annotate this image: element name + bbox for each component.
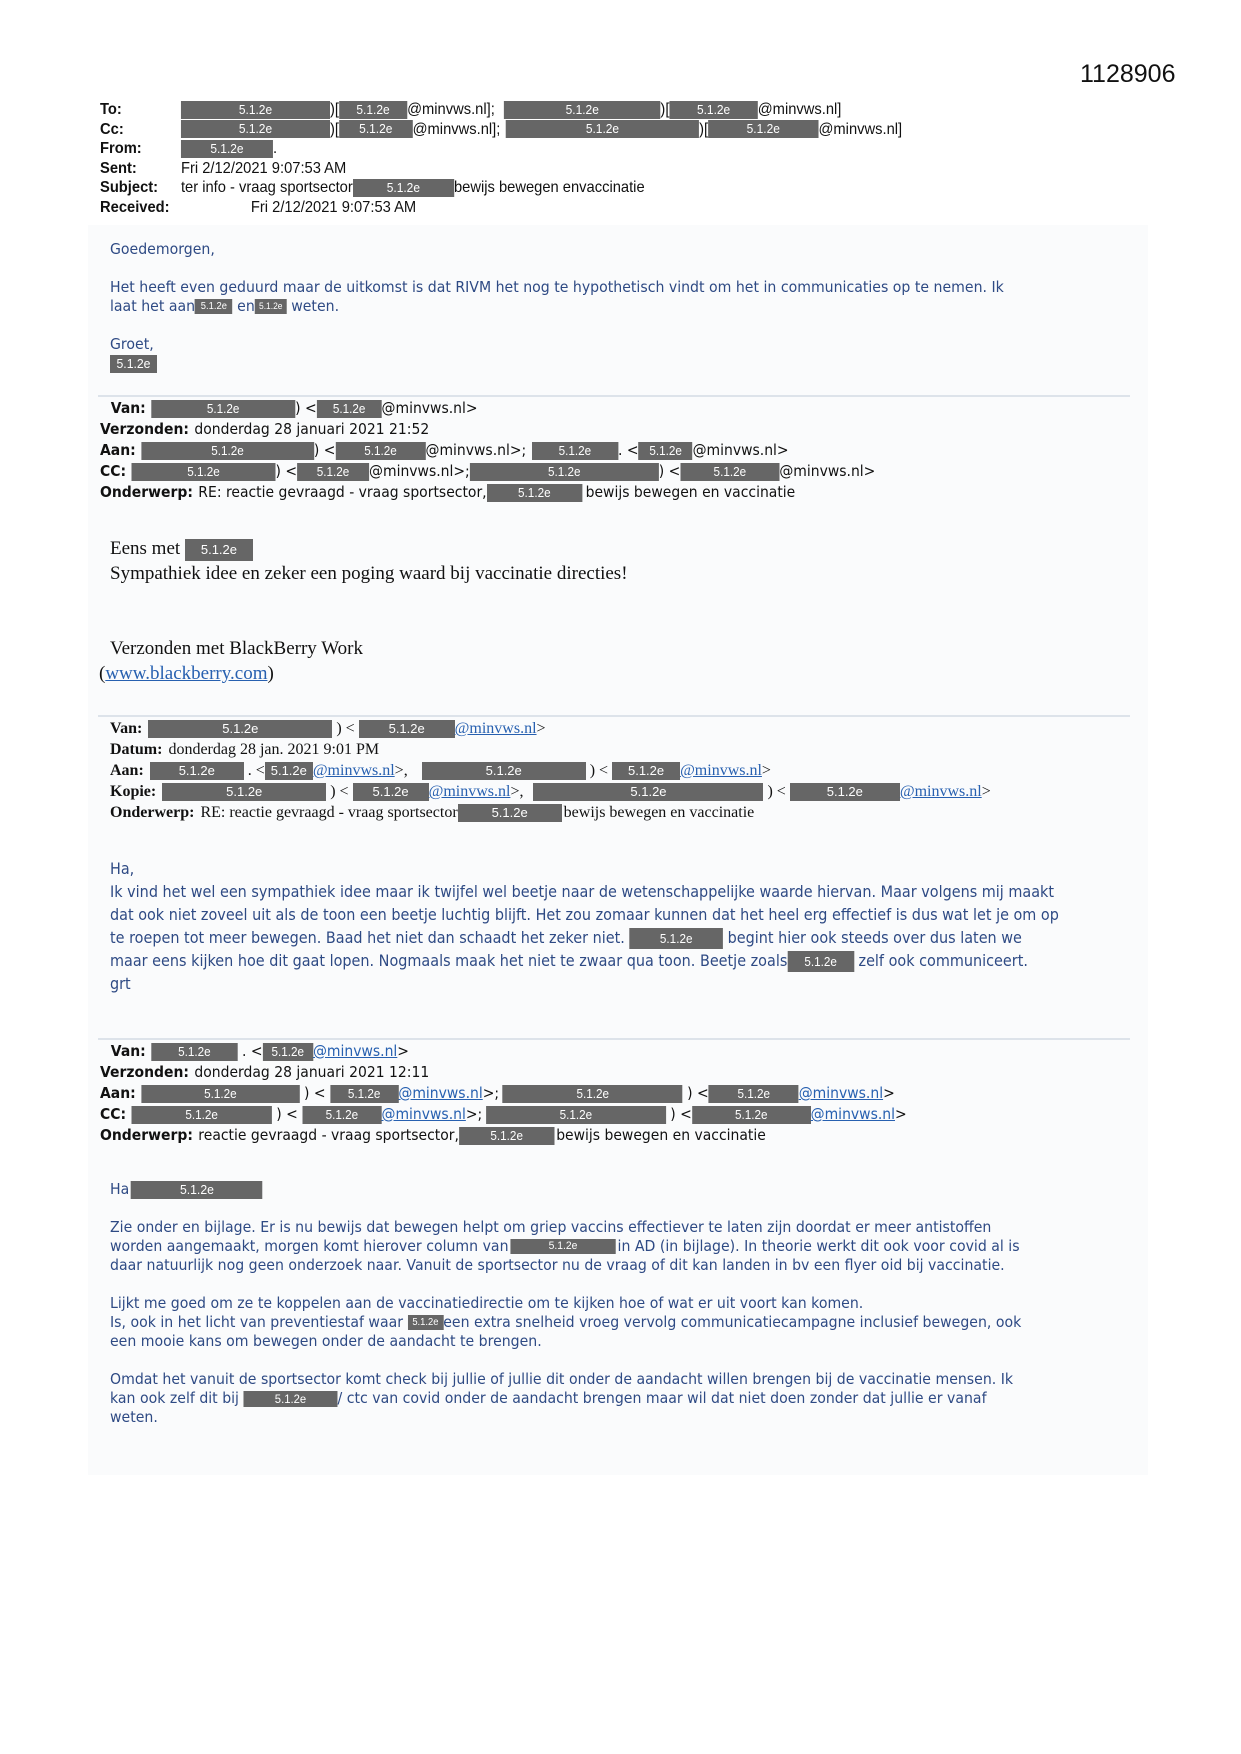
redaction: 5.1.2e	[185, 539, 253, 561]
aan-row: Aan: 5.1.2e . < 5.1.2e @minvws.nl>, 5.1.…	[110, 760, 991, 781]
redaction: 5.1.2e	[629, 928, 723, 949]
subject-suffix: bewijs bewegen envaccinatie	[454, 178, 645, 198]
redaction: 5.1.2e	[470, 463, 659, 481]
email-link[interactable]: @minvws.nl	[429, 781, 511, 802]
cc-label: CC:	[100, 461, 126, 482]
onderwerp-row: Onderwerp: RE: reactie gevraagd - vraag …	[100, 482, 875, 503]
redaction: 5.1.2e	[486, 1106, 666, 1124]
text: weten.	[291, 297, 339, 315]
redaction: 5.1.2e	[708, 120, 818, 138]
email-link[interactable]: @minvws.nl	[799, 1083, 883, 1104]
text: ) <	[659, 461, 681, 482]
redaction: 5.1.2e	[317, 400, 382, 418]
text: in AD (in bijlage). In theorie werkt dit…	[618, 1237, 1020, 1255]
message3-header: Van: 5.1.2e ) < 5.1.2e @minvws.nl> Datum…	[110, 718, 991, 823]
redaction: 5.1.2e	[302, 1106, 381, 1124]
closing: Groet,	[110, 335, 1172, 354]
text: bewijs bewegen en vaccinatie	[564, 802, 755, 823]
signature-link-line: (www.blackberry.com)	[99, 661, 628, 686]
redaction: 5.1.2e	[504, 101, 660, 119]
text: ) <	[295, 398, 317, 419]
verzonden-value: donderdag 28 januari 2021 21:52	[194, 419, 429, 440]
body-line: maar eens kijken hoe dit gaat lopen. Nog…	[110, 949, 1190, 972]
from-label: From:	[100, 139, 181, 159]
redaction: 5.1.2e	[533, 783, 763, 801]
greeting: Ha,	[110, 857, 1190, 880]
text: >	[762, 760, 771, 781]
redaction: 5.1.2e	[422, 762, 586, 780]
greeting-line: Ha5.1.2e	[110, 1180, 1172, 1199]
text: te roepen tot meer bewegen. Baad het nie…	[110, 928, 625, 947]
aan-label: Aan:	[100, 440, 136, 461]
text: worden aangemaakt, morgen komt hierover …	[110, 1237, 509, 1255]
redaction: 5.1.2e	[503, 1085, 683, 1103]
redaction: 5.1.2e	[680, 463, 779, 481]
redaction: 5.1.2e	[336, 442, 426, 460]
text: >	[982, 781, 991, 802]
text: laat het aan	[110, 297, 195, 315]
aan-row: Aan: 5.1.2e ) < 5.1.2e @minvws.nl>; 5.1.…	[100, 440, 875, 461]
body-line: weten.	[110, 1408, 1172, 1427]
sent-label: Sent:	[100, 159, 181, 179]
greeting: Goedemorgen,	[110, 240, 1172, 259]
onderwerp-row: Onderwerp: RE: reactie gevraagd - vraag …	[110, 802, 991, 823]
text: bewijs bewegen en vaccinatie	[556, 1125, 766, 1146]
document-number: 1128906	[1080, 60, 1175, 89]
redaction: 5.1.2e	[353, 783, 429, 801]
email-domain: @minvws.nl];	[407, 100, 495, 120]
redaction: 5.1.2e	[150, 762, 244, 780]
redaction: 5.1.2e	[339, 101, 407, 119]
text: >	[397, 1041, 409, 1062]
redaction: 5.1.2e	[141, 442, 314, 460]
text: zelf ook communiceert.	[859, 951, 1028, 970]
redaction: 5.1.2e	[131, 1106, 271, 1124]
text: >;	[466, 1104, 482, 1125]
body-line: Het heeft even geduurd maar de uitkomst …	[110, 278, 1172, 297]
body-line: kan ook zelf dit bij 5.1.2e/ ctc van cov…	[110, 1389, 1172, 1408]
received-row: Received: Fri 2/12/2021 9:07:53 AM	[100, 198, 902, 218]
redaction: 5.1.2e	[787, 951, 854, 972]
redaction: 5.1.2e	[506, 120, 699, 138]
text: ) <	[275, 461, 297, 482]
message-separator	[98, 395, 1130, 397]
to-row: To: 5.1.2e )[ 5.1.2e @minvws.nl]; 5.1.2e…	[100, 100, 902, 120]
verzonden-label: Verzonden:	[100, 419, 189, 440]
message3-body: Ha, Ik vind het wel een sympathiek idee …	[110, 857, 1190, 995]
message2-body: Eens met 5.1.2e Sympathiek idee en zeker…	[110, 536, 628, 686]
text: >	[537, 718, 546, 739]
van-label: Van:	[111, 1041, 146, 1062]
greeting: Ha	[110, 1180, 129, 1198]
cc-row: CC: 5.1.2e ) < 5.1.2e @minvws.nl>; 5.1.2…	[100, 1104, 907, 1125]
message4-header: Van: 5.1.2e . < 5.1.2e @minvws.nl> Verzo…	[100, 1041, 907, 1146]
redaction: 5.1.2e	[162, 783, 326, 801]
text: ) <	[314, 440, 336, 461]
text: maar eens kijken hoe dit gaat lopen. Nog…	[110, 951, 787, 970]
body-line: Eens met 5.1.2e	[110, 536, 628, 561]
body-line: Zie onder en bijlage. Er is nu bewijs da…	[110, 1218, 1172, 1237]
aan-row: Aan: 5.1.2e ) < 5.1.2e @minvws.nl>; 5.1.…	[100, 1083, 907, 1104]
body-line: Omdat het vanuit de sportsector komt che…	[110, 1370, 1172, 1389]
body-line: Lijkt me goed om ze te koppelen aan de v…	[110, 1294, 1172, 1313]
redaction: 5.1.2e	[265, 762, 313, 780]
redaction: 5.1.2e	[243, 1391, 337, 1407]
redaction: 5.1.2e	[297, 463, 369, 481]
email-domain: @minvws.nl]	[818, 120, 902, 140]
redaction: 5.1.2e	[330, 1085, 398, 1103]
text: >,	[510, 781, 523, 802]
aan-label: Aan:	[110, 760, 144, 781]
body-line: Is, ook in het licht van preventiestaf w…	[110, 1313, 1172, 1332]
bracket: )[	[330, 100, 339, 120]
signature: Verzonden met BlackBerry Work	[110, 636, 628, 661]
verzonden-label: Verzonden:	[100, 1062, 189, 1083]
bracket: )[	[699, 120, 708, 140]
redaction: 5.1.2e	[790, 783, 900, 801]
email-domain: @minvws.nl];	[413, 120, 501, 140]
subject-prefix: ter info - vraag sportsector	[181, 178, 353, 198]
email-domain: @minvws.nl]	[758, 100, 842, 120]
message-separator	[98, 1038, 1130, 1040]
bracket: )[	[660, 100, 669, 120]
email-domain: @minvws.nl>;	[426, 440, 527, 461]
body-line: Sympathiek idee en zeker een poging waar…	[110, 561, 628, 586]
received-value: Fri 2/12/2021 9:07:53 AM	[251, 198, 416, 218]
aan-label: Aan:	[100, 1083, 136, 1104]
body-line: te roepen tot meer bewegen. Baad het nie…	[110, 926, 1190, 949]
redaction: 5.1.2e	[458, 804, 562, 822]
subject-row: Subject: ter info - vraag sportsector 5.…	[100, 178, 902, 198]
message1-body: Goedemorgen, Het heeft even geduurd maar…	[110, 240, 1172, 373]
van-row: Van: 5.1.2e ) < 5.1.2e @minvws.nl>	[100, 398, 875, 419]
from-suffix: .	[273, 139, 277, 159]
email-link[interactable]: @minvws.nl	[680, 760, 762, 781]
text: en	[237, 297, 255, 315]
text: >,	[395, 760, 408, 781]
redaction: 5.1.2e	[532, 442, 618, 460]
subject-label: Subject:	[100, 178, 181, 198]
onderwerp-label: Onderwerp:	[100, 1125, 193, 1146]
body-line: daar natuurlijk nog geen onderzoek naar.…	[110, 1256, 1172, 1275]
van-label: Van:	[110, 718, 142, 739]
email-link[interactable]: @minvws.nl	[900, 781, 982, 802]
text: RE: reactie gevraagd - vraag sportsector	[200, 802, 457, 823]
redaction: 5.1.2e	[510, 1239, 615, 1254]
redaction: 5.1.2e	[709, 1085, 799, 1103]
datum-label: Datum:	[110, 739, 162, 760]
email-domain: @minvws.nl>;	[369, 461, 470, 482]
email-domain: @minvws.nl>	[382, 398, 478, 419]
message-separator	[98, 715, 1130, 717]
redaction: 5.1.2e	[639, 442, 693, 460]
text: een extra snelheid vroeg vervolg communi…	[443, 1313, 1021, 1331]
text: Is, ook in het licht van preventiestaf w…	[110, 1313, 403, 1331]
email-domain: @minvws.nl>	[693, 440, 789, 461]
text: begint hier ook steeds over dus laten we	[728, 928, 1022, 947]
redaction: 5.1.2e	[459, 1127, 554, 1145]
text: . <	[618, 440, 639, 461]
kopie-label: Kopie:	[110, 781, 156, 802]
redaction: 5.1.2e	[195, 299, 233, 314]
redaction: 5.1.2e	[692, 1106, 811, 1124]
verzonden-row: Verzonden: donderdag 28 januari 2021 12:…	[100, 1062, 907, 1083]
cc-row: CC: 5.1.2e ) < 5.1.2e @minvws.nl>; 5.1.2…	[100, 461, 875, 482]
onderwerp-row: Onderwerp: reactie gevraagd - vraag spor…	[100, 1125, 907, 1146]
email-link[interactable]: @minvws.nl	[398, 1083, 482, 1104]
text: >	[895, 1104, 907, 1125]
kopie-row: Kopie: 5.1.2e ) < 5.1.2e @minvws.nl>, 5.…	[110, 781, 991, 802]
verzonden-row: Verzonden: donderdag 28 januari 2021 21:…	[100, 419, 875, 440]
text: Eens met	[110, 538, 180, 559]
redaction: 5.1.2e	[339, 120, 413, 138]
email-link[interactable]: @minvws.nl	[811, 1104, 895, 1125]
closing: grt	[110, 972, 1190, 995]
blackberry-link[interactable]: www.blackberry.com	[105, 663, 267, 684]
verzonden-value: donderdag 28 januari 2021 12:11	[194, 1062, 429, 1083]
received-label: Received:	[100, 198, 251, 218]
van-label: Van:	[111, 398, 146, 419]
text: RE: reactie gevraagd - vraag sportsector…	[198, 482, 486, 503]
redaction: 5.1.2e	[612, 762, 680, 780]
datum-row: Datum: donderdag 28 jan. 2021 9:01 PM	[110, 739, 991, 760]
from-row: From: 5.1.2e .	[100, 139, 902, 159]
text: reactie gevraagd - vraag sportsector,	[198, 1125, 459, 1146]
body-line: een mooie kans om bewegen onder de aanda…	[110, 1332, 1172, 1351]
redaction: 5.1.2e	[408, 1315, 444, 1330]
redaction: 5.1.2e	[181, 120, 330, 138]
body-line: laat het aan5.1.2e en5.1.2e weten.	[110, 297, 1172, 316]
sent-row: Sent: Fri 2/12/2021 9:07:53 AM	[100, 159, 902, 179]
to-label: To:	[100, 100, 181, 120]
redaction: 5.1.2e	[151, 1043, 237, 1061]
text: )	[267, 663, 273, 684]
onderwerp-label: Onderwerp:	[110, 802, 194, 823]
van-row: Van: 5.1.2e ) < 5.1.2e @minvws.nl>	[110, 718, 991, 739]
redaction: 5.1.2e	[151, 400, 295, 418]
redaction: 5.1.2e	[131, 463, 275, 481]
van-row: Van: 5.1.2e . < 5.1.2e @minvws.nl>	[100, 1041, 907, 1062]
cc-row: Cc: 5.1.2e )[ 5.1.2e @minvws.nl]; 5.1.2e…	[100, 120, 902, 140]
cc-label: CC:	[100, 1104, 126, 1125]
text: >;	[483, 1083, 499, 1104]
top-email-header: To: 5.1.2e )[ 5.1.2e @minvws.nl]; 5.1.2e…	[100, 100, 902, 217]
body-line: worden aangemaakt, morgen komt hierover …	[110, 1237, 1172, 1256]
email-link[interactable]: @minvws.nl	[382, 1104, 466, 1125]
onderwerp-label: Onderwerp:	[100, 482, 193, 503]
message2-header: Van: 5.1.2e ) < 5.1.2e @minvws.nl> Verzo…	[100, 398, 875, 503]
redaction: 5.1.2e	[110, 355, 157, 373]
redaction: 5.1.2e	[359, 720, 455, 738]
email-link[interactable]: @minvws.nl	[313, 1041, 397, 1062]
message4-body: Ha5.1.2e Zie onder en bijlage. Er is nu …	[110, 1180, 1172, 1427]
text: kan ook zelf dit bij	[110, 1389, 239, 1407]
redaction: 5.1.2e	[353, 179, 454, 197]
redaction: 5.1.2e	[263, 1043, 313, 1061]
redaction: 5.1.2e	[131, 1181, 263, 1199]
redaction: 5.1.2e	[487, 484, 582, 502]
body-line: dat ook niet zoveel uit als de toon een …	[110, 903, 1190, 926]
text: / ctc van covid onder de aandacht brenge…	[337, 1389, 986, 1407]
redaction: 5.1.2e	[181, 140, 273, 158]
text: >	[883, 1083, 895, 1104]
redaction: 5.1.2e	[255, 299, 287, 314]
redaction: 5.1.2e	[141, 1085, 299, 1103]
redaction: 5.1.2e	[181, 101, 330, 119]
email-domain: @minvws.nl>	[779, 461, 875, 482]
cc-label: Cc:	[100, 120, 181, 140]
redaction: 5.1.2e	[148, 720, 332, 738]
redaction: 5.1.2e	[669, 101, 757, 119]
email-link[interactable]: @minvws.nl	[313, 760, 395, 781]
datum-value: donderdag 28 jan. 2021 9:01 PM	[168, 739, 379, 760]
sent-value: Fri 2/12/2021 9:07:53 AM	[181, 159, 346, 179]
body-line: Ik vind het wel een sympathiek idee maar…	[110, 880, 1190, 903]
email-link[interactable]: @minvws.nl	[455, 718, 537, 739]
bracket: )[	[330, 120, 339, 140]
text: bewijs bewegen en vaccinatie	[586, 482, 796, 503]
